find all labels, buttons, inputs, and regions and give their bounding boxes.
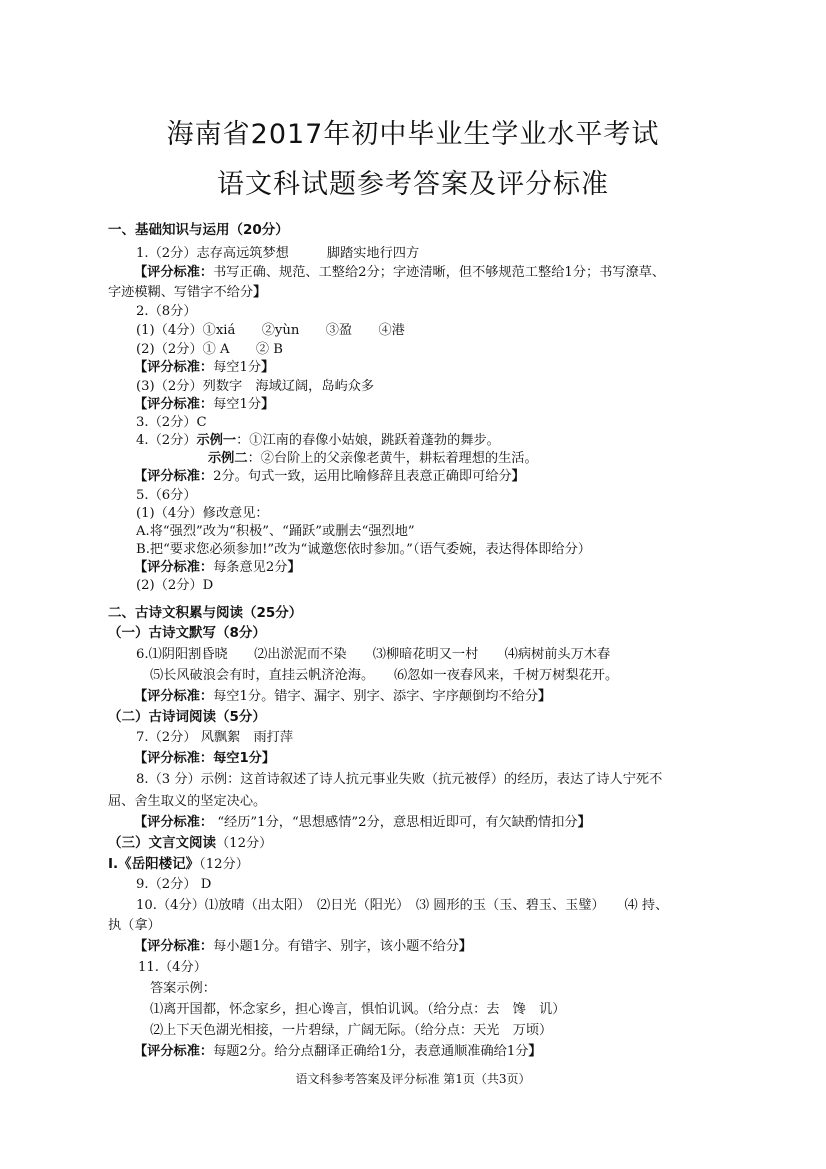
q10-line1: 10.（4分）⑴放晴（出太阳） ⑵日光（阳光） ⑶ 圆形的玉（玉、碧玉、玉璧） … (136, 897, 668, 915)
rubric-end: 】 (538, 689, 551, 704)
q5-rubric: 【评分标准：每条意见2分】 (134, 559, 301, 577)
q1-rubric-cont: 字迹模糊、写错字不给分】 (108, 284, 266, 302)
q1-answer-b: 脚踏实地行四方 (327, 246, 419, 261)
rubric-label: 【评分标准： (134, 815, 213, 830)
q11-rubric: 【评分标准：每题2分。给分点翻译正确给1分，表意通顺准确给1分】 (134, 1043, 542, 1061)
q7-rubric: 【评分标准：每空1分】 (134, 750, 275, 768)
q5-option-a: A.将“强烈”改为“积极”、“踊跃”或删去“强烈地” (136, 523, 415, 541)
q8-line1: 8.（3 分）示例：这首诗叙述了诗人抗元事业失败（抗元被俘）的经历，表达了诗人宁… (136, 771, 662, 789)
q8-rubric: 【评分标准： “经历”1分，“思想感情”2分，意思相近即可，有欠缺酌情扣分】 (134, 814, 591, 832)
rubric-end: 】 (459, 939, 472, 954)
q8-line2: 屈、舍生取义的坚定决心。 (108, 793, 266, 811)
section2-sub3-heading: （三）文言文阅读（12分） (108, 834, 272, 853)
q4-example2: 示例二：②台阶上的父亲像老黄牛，耕耘着理想的生活。 (208, 450, 538, 468)
section2-sub2-heading: （二）古诗词阅读（5分） (108, 708, 266, 726)
q5-option-b: B.把“要求您必须参加!”改为“诚邀您依时参加。”（语气委婉，表达得体即给分） (136, 541, 591, 559)
q11-intro: 答案示例： (150, 980, 216, 998)
q3-answer: 3.（2分）C (136, 414, 207, 432)
q1-label: 1.（2分） (136, 246, 197, 261)
rubric-end: 】 (261, 360, 274, 375)
part-label: Ⅰ. (108, 856, 118, 872)
q5-label: 5.（6分） (136, 487, 197, 505)
q1-answer: 1.（2分）志存高远筑梦想脚踏实地行四方 (136, 245, 419, 263)
rubric-end: 】 (261, 397, 274, 412)
rubric-text: 2分。句式一致，运用比喻修辞且表意正确即可给分 (213, 469, 512, 484)
section2-heading: 二、古诗文积累与阅读（25分） (108, 604, 302, 622)
q5-part1: (1)（4分）修改意见： (136, 505, 269, 523)
document-title-line2: 语文科试题参考答案及评分标准 (0, 162, 826, 201)
rubric-text: 每题2分。给分点翻译正确给1分，表意通顺准确给1分 (213, 1044, 528, 1059)
rubric-text: 书写正确、规范、工整给2分；字迹清晰，但不够规范工整给1分；书写潦草、 (213, 265, 665, 280)
q10-rubric: 【评分标准：每小题1分。有错字、别字，该小题不给分】 (134, 938, 472, 956)
document-title-line1: 海南省2017年初中毕业生学业水平考试 (0, 112, 826, 151)
rubric-text: “经历”1分，“思想感情”2分，意思相近即可，有欠缺酌情扣分 (213, 815, 577, 830)
part1-heading: Ⅰ.《岳阳楼记》（12分） (108, 855, 249, 874)
rubric-end: 】 (528, 1044, 541, 1059)
rubric-label: 【评分标准： (134, 560, 213, 575)
example-label: 示例一 (197, 433, 237, 448)
part-score: （12分） (199, 857, 249, 872)
part-title: 《岳阳楼记》 (118, 856, 199, 872)
rubric-label: 【评分标准： (134, 265, 213, 280)
rubric-text-cont: 字迹模糊、写错字不给分 (108, 285, 253, 300)
rubric-text: 每空1分 (213, 397, 261, 412)
sub3-heading-score: （12分） (216, 836, 272, 851)
q6-rubric: 【评分标准：每空1分。错字、漏字、别字、添字、字序颠倒均不给分】 (134, 688, 551, 706)
q11-answer-1: ⑴离开国都，怀念家乡，担心谗言，惧怕讥讽。（给分点：去 馋 讥） (150, 1001, 565, 1019)
rubric-text: 每空1分。错字、漏字、别字、添字、字序颠倒均不给分 (213, 689, 538, 704)
q6-line2: ⑸长风破浪会有时，直挂云帆济沧海。 ⑹忽如一夜春风来，千树万树梨花开。 (150, 667, 618, 685)
q4-rubric: 【评分标准：2分。句式一致，运用比喻修辞且表意正确即可给分】 (134, 468, 525, 486)
q4-label: 4.（2分） (136, 433, 197, 448)
rubric-end: 】 (578, 815, 591, 830)
rubric-end: 】 (253, 285, 266, 300)
q5-part2: (2)（2分）D (136, 577, 213, 595)
q4-example1: 4.（2分）示例一：①江南的春像小姑娘，跳跃着蓬勃的舞步。 (136, 432, 500, 450)
q1-answer-a: 志存高远筑梦想 (197, 246, 289, 261)
q2-rubric1: 【评分标准：每空1分】 (134, 359, 274, 377)
rubric-end: 】 (512, 469, 525, 484)
q6-line1: 6.⑴阴阳割昏晓 ⑵出淤泥而不染 ⑶柳暗花明又一村 ⑷病树前头万木春 (136, 646, 610, 664)
example-text: ：①江南的春像小姑娘，跳跃着蓬勃的舞步。 (236, 433, 500, 448)
rubric-label: 【评分标准： (134, 689, 213, 704)
rubric-text: 每条意见2分 (213, 560, 287, 575)
rubric-text: 每空1分 (213, 360, 261, 375)
q2-rubric2: 【评分标准：每空1分】 (134, 396, 274, 414)
sub3-heading-text: （三）文言文阅读 (108, 835, 216, 851)
example-label: 示例二 (208, 451, 248, 466)
q10-line2: 执（拿） (108, 917, 161, 935)
example-text: ：②台阶上的父亲像老黄牛，耕耘着理想的生活。 (248, 451, 538, 466)
q7-answer: 7.（2分） 风飘絮 雨打萍 (136, 729, 293, 747)
rubric-label: 【评分标准： (134, 939, 213, 954)
q2-part2: (2)（2分）① A ② B (136, 341, 283, 359)
rubric-label: 【评分标准： (134, 469, 213, 484)
q11-answer-2: ⑵上下天色湖光相接，一片碧绿，广阔无际。（给分点：天光 万顷） (150, 1022, 552, 1040)
q2-part1: (1)（4分）①xiá ②yùn ③盈 ④港 (136, 322, 405, 340)
section2-sub1-heading: （一）古诗文默写（8分） (108, 624, 266, 642)
section1-heading: 一、基础知识与运用（20分） (108, 221, 289, 239)
rubric-end: 】 (287, 560, 300, 575)
page-footer: 语文科参考答案及评分标准 第1页（共3页） (0, 1070, 826, 1087)
q9-answer: 9.（2分） D (136, 876, 211, 894)
q2-label: 2.（8分） (136, 303, 197, 321)
rubric-label: 【评分标准： (134, 1044, 213, 1059)
q2-part3: (3)（2分）列数字 海域辽阔，岛屿众多 (136, 378, 374, 396)
q11-label: 11.（4分） (138, 959, 207, 977)
q1-rubric: 【评分标准：书写正确、规范、工整给2分；字迹清晰，但不够规范工整给1分；书写潦草… (134, 264, 665, 282)
rubric-label: 【评分标准： (134, 397, 213, 412)
rubric-label: 【评分标准： (134, 360, 213, 375)
rubric-text: 每小题1分。有错字、别字，该小题不给分 (213, 939, 459, 954)
